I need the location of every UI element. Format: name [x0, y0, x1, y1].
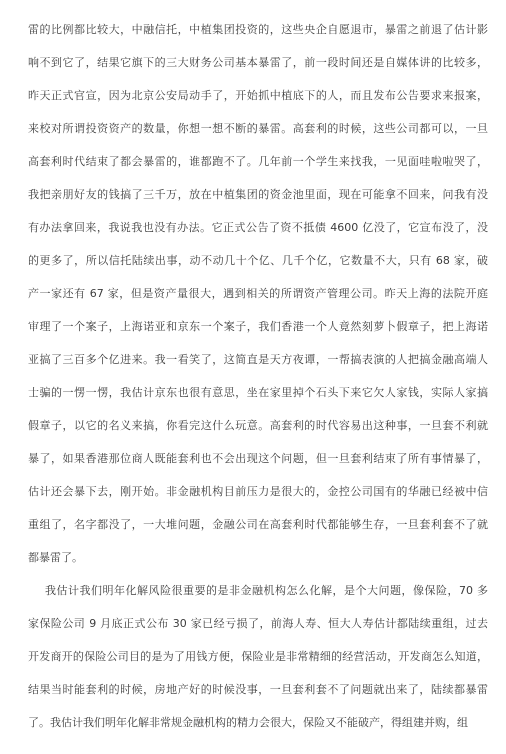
text-line: 的更多了，所以信托陆续出事，动不动几十个亿、几千个亿，它数量不大，只有 68 家… [28, 244, 488, 277]
text-line: 都暴雷了。 [28, 541, 488, 574]
text-line: 审理了一个案子，上海诺亚和京东一个案子，我们香港一个人竟然刻萝卜假章子，把上海诺 [28, 310, 488, 343]
text-line: 高套利时代结束了都会暴雷的，谁都跑不了。几年前一个学生来找我，一见面哇啦啦哭了， [28, 145, 488, 178]
text-line: 了。我估计我们明年化解非常规金融机构的精力会很大，保险又不能破产，得组建并购，组 [28, 706, 488, 739]
text-line: 暴了，如果香港那位商人既能套利也不会出现这个问题，但一旦套利结束了所有事情暴了， [28, 442, 488, 475]
text-line: 雷的比例都比较大，中融信托，中植集团投资的，这些央企自愿退市，暴雷之前退了估计影 [28, 13, 488, 46]
text-line: 我估计我们明年化解风险很重要的是非金融机构怎么化解，是个大问题，像保险，70 多 [28, 574, 488, 607]
text-line: 响不到它了，结果它旗下的三大财务公司基本暴雷了，前一段时间还是自媒体讲的比较多， [28, 46, 488, 79]
text-line: 重组了，名字都没了，一大堆问题，金融公司在高套利时代都能够生存，一旦套利套不了就 [28, 508, 488, 541]
text-line: 昨天正式官宣，因为北京公安局动手了，开始抓中植底下的人，而且发布公告要求来报案， [28, 79, 488, 112]
text-line: 假章子，以它的名义来搞，你看完这什么玩意。高套利的时代容易出这种事，一旦套不利就 [28, 409, 488, 442]
text-line: 有办法拿回来，我说我也没有办法。它正式公告了资不抵债 4600 亿没了，它宣布没… [28, 211, 488, 244]
text-line: 我把亲朋好友的钱搞了三千万，放在中植集团的资金池里面，现在可能拿不回来，问我有没 [28, 178, 488, 211]
text-line: 估计还会暴下去，刚开始。非金融机构目前压力是很大的，金控公司国有的华融已经被中信 [28, 475, 488, 508]
text-line: 来校对所谓投资资产的数量，你想一想不断的暴雷。高套利的时候，这些公司都可以，一旦 [28, 112, 488, 145]
text-line: 产一家还有 67 家，但是资产量很大，遇到相关的所谓资产管理公司。昨天上海的法院… [28, 277, 488, 310]
text-line: 士骗的一愣一愣，我估计京东也很有意思，坐在家里掉个石头下来它欠人家钱，实际人家搞 [28, 376, 488, 409]
text-line: 家保险公司 9 月底正式公布 30 家已经亏损了，前海人寿、恒大人寿估计都陆续重… [28, 607, 488, 640]
document-page: 雷的比例都比较大，中融信托，中植集团投资的，这些央企自愿退市，暴雷之前退了估计影… [0, 0, 506, 754]
document-body: 雷的比例都比较大，中融信托，中植集团投资的，这些央企自愿退市，暴雷之前退了估计影… [28, 13, 488, 739]
text-line: 亚搞了三百多个亿进来。我一看笑了，这简直是天方夜谭，一帮搞表演的人把搞金融高端人 [28, 343, 488, 376]
text-line: 开发商开的保险公司目的是为了用钱方便，保险业是非常精细的经营活动，开发商怎么知道… [28, 640, 488, 673]
text-line: 结果当时能套利的时候，房地产好的时候没事，一旦套利套不了问题就出来了，陆续都暴雷 [28, 673, 488, 706]
